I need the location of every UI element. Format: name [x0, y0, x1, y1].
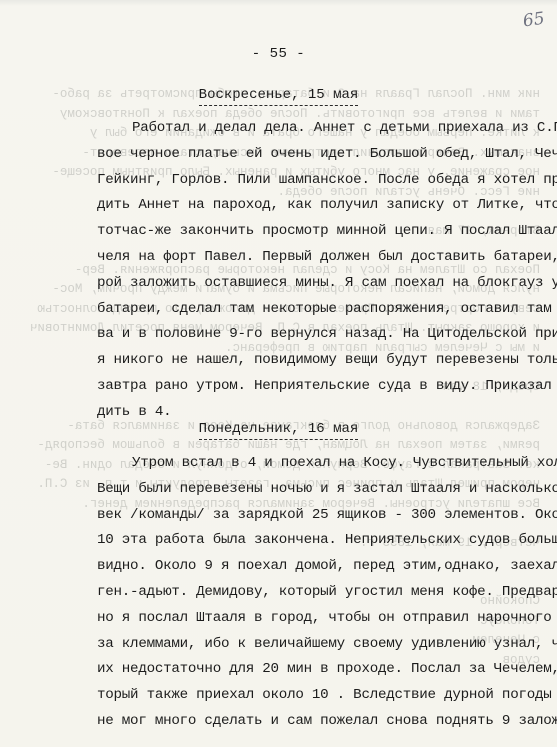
entry-heading-text: Понедельник, 16 мая	[199, 421, 359, 440]
text-line: ва и в половине 9-го вернулся назад. На …	[97, 322, 542, 348]
text-line: дить Аннет на пароход, как получил запис…	[97, 193, 542, 219]
page-number: - 55 -	[0, 46, 557, 62]
text-line: челя на форт Павел. Первый должен был до…	[97, 245, 542, 271]
entry-heading-sunday: Воскресенье, 15 мая	[0, 87, 557, 103]
text-line: вое черное платье ей очень идет. Большой…	[97, 142, 542, 168]
text-line: век /команды/ за зарядкой 25 ящиков - 30…	[97, 503, 542, 529]
entry-body-sunday: Работал и делал дела. Аннет с детьми при…	[97, 116, 542, 426]
text-line: 10 эта работа была закончена. Неприятель…	[97, 528, 542, 554]
text-line: Вещи были перевезены ночью и я застал Шт…	[97, 477, 542, 503]
text-line: Работал и делал дела. Аннет с детьми при…	[97, 116, 542, 142]
text-line: не мог много сделать и сам пожелал снова…	[97, 709, 542, 735]
text-line: но я послал Штааля в город, чтобы он отп…	[97, 606, 542, 632]
text-line: их недостаточно для 20 мин в проходе. По…	[97, 657, 542, 683]
text-line: Утром встал в 4 и поехал на Косу. Чувств…	[97, 451, 542, 477]
text-line: завтра рано утром. Неприятельские суда в…	[97, 374, 542, 400]
text-line: торый также приехал около 10 . Вследстви…	[97, 683, 542, 709]
text-line: ген.-адьют. Демидову, который угостил ме…	[97, 580, 542, 606]
text-line: видно. Около 9 я поехал домой, перед эти…	[97, 554, 542, 580]
text-line: я никого не нашел, повидимому вещи будут…	[97, 348, 542, 374]
text-line: тотчас-же закончить просмотр минной цепи…	[97, 219, 542, 245]
text-line: батареи, сделал там некоторые распоряжен…	[97, 297, 542, 323]
document-page: ник мин. Послал Грааля на 2 и батарею, ч…	[0, 0, 557, 747]
entry-body-monday: Утром встал в 4 и поехал на Косу. Чувств…	[97, 451, 542, 735]
entry-heading-monday: Понедельник, 16 мая	[0, 421, 557, 437]
entry-heading-text: Воскресенье, 15 мая	[199, 87, 359, 106]
handwritten-folio-number: 65	[522, 9, 546, 32]
text-line: рой заложить оставшиеся мины. Я сам поех…	[97, 271, 542, 297]
text-line: за клеммами, ибо к величайшему своему уд…	[97, 632, 542, 658]
text-line: Гейкинг, Горлов. Пили шампанское. После …	[97, 168, 542, 194]
